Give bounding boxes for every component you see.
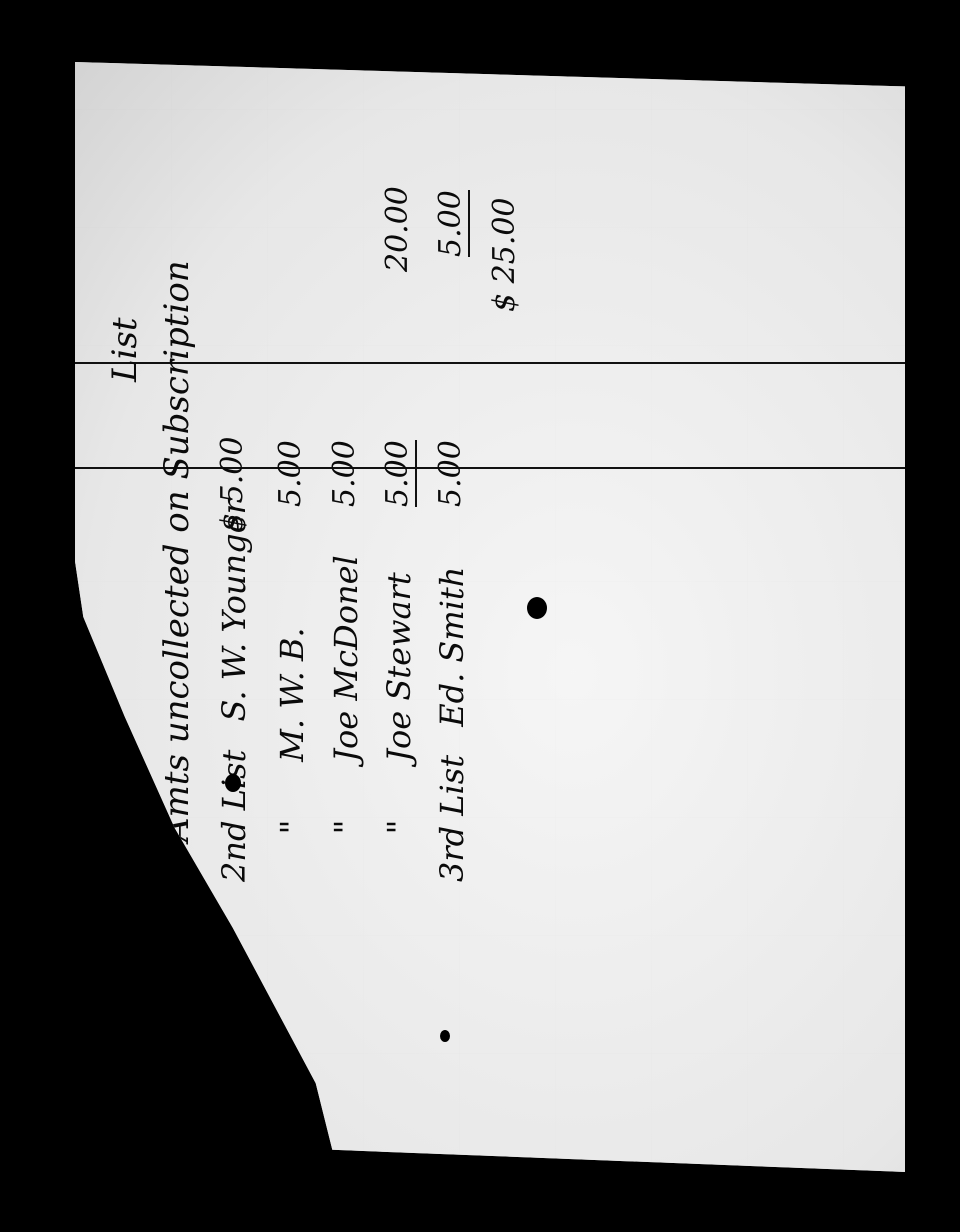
entry-name: Joe McDonel <box>327 555 365 762</box>
entry-row: " M. W. B. <box>273 627 311 882</box>
handwritten-ledger: List Amts uncollected on Subscription 2n… <box>75 62 905 1172</box>
list-label: 2nd List <box>215 750 253 882</box>
entry-row: " Joe Stewart <box>380 572 418 882</box>
amount-cell: 5.00 <box>273 440 308 507</box>
entry-name: M. W. B. <box>273 627 311 761</box>
dollar-sign: $ <box>487 293 522 312</box>
dollar-sign: $ <box>215 513 250 532</box>
amount-cell: 5.00 <box>327 440 362 507</box>
entry-name: Ed. Smith <box>433 567 471 727</box>
ditto-mark: " <box>327 772 365 882</box>
added-amount: 5.00 <box>433 190 470 257</box>
scanned-page: List Amts uncollected on Subscription 2n… <box>75 62 905 1172</box>
ink-blot <box>440 1030 450 1042</box>
ditto-mark: " <box>380 772 418 882</box>
entry-name: S. W. Younger <box>215 499 253 721</box>
subtotal: 20.00 <box>380 186 415 272</box>
entry-row: 2nd List S. W. Younger <box>215 499 253 882</box>
list-label: 3rd List <box>433 755 471 882</box>
entry-row: 3rd List Ed. Smith <box>433 567 471 882</box>
amount-cell: 5.00 <box>380 440 417 507</box>
heading-title: Amts uncollected on Subscription <box>157 260 197 842</box>
entry-name: Joe Stewart <box>380 572 418 762</box>
ink-blot <box>527 597 547 619</box>
amount-cell: 5.00 <box>433 440 468 507</box>
amount-cell: $ 5.00 <box>215 437 250 532</box>
entry-row: " Joe McDonel <box>327 555 365 882</box>
ditto-mark: " <box>273 772 311 882</box>
ink-blot <box>225 774 241 792</box>
heading-list: List <box>105 317 145 382</box>
total: $ 25.00 <box>487 197 522 312</box>
